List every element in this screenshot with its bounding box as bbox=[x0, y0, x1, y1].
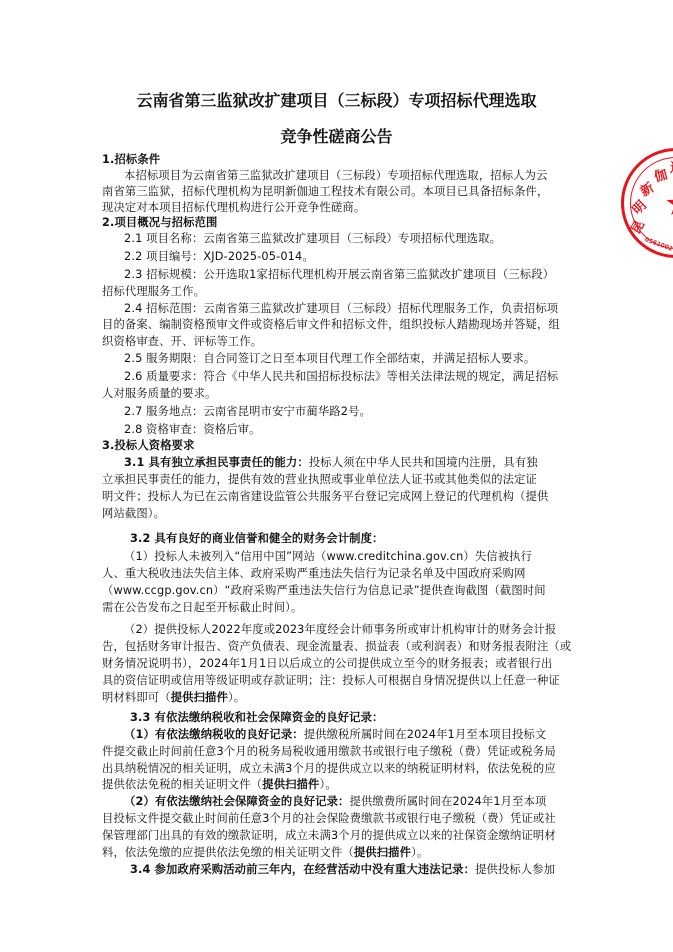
paragraph-line: 告，包括财务审计报告、资产负债表、现金流量表、损益表（或利润表）和财务报表附注（… bbox=[102, 638, 570, 655]
paragraph-line: 2.1 项目名称：云南省第三监狱改扩建项目（三标段）专项招标代理选取。 bbox=[102, 230, 570, 247]
paragraph-line: （1）投标人未被列入“信用中国”网站（www.creditchina.gov.c… bbox=[102, 548, 570, 565]
paragraph-line: 明文件；投标人为已在云南省建设监管公共服务平台登记完成网上登记的代理机构（提供 bbox=[102, 488, 570, 505]
paragraph-line: （2）有依法缴纳社会保障资金的良好记录：提供缴费所属时间在2024年1月至本项 bbox=[102, 793, 570, 810]
paragraph-line: 网站截图）。 bbox=[102, 505, 570, 522]
document-page: 云南省第三监狱改扩建项目（三标段）专项招标代理选取 竞争性磋商公告 1.招标条件… bbox=[0, 0, 673, 952]
paragraph-line: 保管理部门出具的有效的缴款证明，成立未满3个月的提供成立以来的社保资金缴纳证明材 bbox=[102, 827, 570, 844]
paragraph-line: 人对服务质量的要求。 bbox=[102, 385, 570, 402]
paragraph-line: 立承担民事责任的能力，提供有效的营业执照或事业单位法人证书或其他类似的法定证 bbox=[102, 471, 570, 488]
paragraph-line: 2.4 招标范围：云南省第三监狱改扩建项目（三标段）招标代理服务工作，负责招标项 bbox=[102, 300, 570, 317]
paragraph-line: 本招标项目为云南省第三监狱改扩建项目（三标段）专项招标代理选取，招标人为云 bbox=[102, 167, 570, 184]
paragraph-line: 目的备案、编制资格预审文件或资格后审文件和招标文件，组织投标人踏勘现场并答疑，组 bbox=[102, 316, 570, 333]
bold-lead: 3.1 具有独立承担民事责任的能力： bbox=[124, 456, 309, 469]
paragraph-line: 2.6 质量要求：符合《中华人民共和国招标投标法》等相关法律法规的规定，满足招标 bbox=[102, 368, 570, 385]
section-heading: 2.项目概况与招标范围 bbox=[102, 214, 570, 231]
paragraph-line: 人、重大税收违法失信主体、政府采购严重违法失信行为记录名单及中国政府采购网 bbox=[102, 565, 570, 582]
subsection-heading: 3.3 有依法缴纳税收和社会保障资金的良好记录： bbox=[102, 709, 570, 726]
paragraph-line: 件提交截止时间前任意3个月的税务局税收通用缴款书或银行电子缴税（费）凭证或税务局 bbox=[102, 743, 570, 760]
seal-star-icon: ★ bbox=[664, 187, 673, 221]
paragraph-line: 招标代理服务工作。 bbox=[102, 283, 570, 300]
paragraph-line: 需在公告发布之日起至开标截止时间）。 bbox=[102, 599, 570, 616]
paragraph-line: （www.ccgp.gov.cn）“政府采购严重违法失信行为信息记录”提供查询截… bbox=[102, 582, 570, 599]
paragraph-line: 料，依法免缴的应提供依法免缴的相关证明文件（提供扫描件）。 bbox=[102, 844, 570, 861]
paragraph-line: （2）提供投标人2022年度或2023年度经会计师事务所或审计机构审计的财务会计… bbox=[102, 621, 570, 638]
paragraph-line: 3.1 具有独立承担民事责任的能力：投标人须在中华人民共和国境内注册，具有独 bbox=[102, 454, 570, 471]
paragraph-line: 明材料即可（提供扫描件）。 bbox=[102, 689, 570, 706]
document-title-line1: 云南省第三监狱改扩建项目（三标段）专项招标代理选取 bbox=[0, 88, 673, 111]
section-heading: 3.投标人资格要求 bbox=[102, 437, 570, 454]
paragraph-line: 3.4 参加政府采购活动前三年内，在经营活动中没有重大违法记录：提供投标人参加 bbox=[102, 861, 570, 878]
paragraph-line: 出具纳税情况的相关证明，成立未满3个月的提供成立以来的纳税证明材料，依法免税的应 bbox=[102, 760, 570, 777]
paragraph-line: （1）有依法缴纳税收的良好记录：提供缴税所属时间在2024年1月至本项目投标文 bbox=[102, 726, 570, 743]
paragraph-line: 2.2 项目编号：XJD-2025-05-014。 bbox=[102, 248, 570, 265]
paragraph-line: 提供依法免税的相关证明文件（提供扫描件）。 bbox=[102, 776, 570, 793]
company-seal-stamp: ★ 昆 明 新 伽 迪 工 程 0561002 bbox=[621, 148, 673, 258]
paragraph-line: 目投标文件提交截止时间前任意3个月的社会保险费缴款书或银行电子缴税（费）凭证或社 bbox=[102, 810, 570, 827]
paragraph-line: 2.3 招标规模：公开选取1家招标代理机构开展云南省第三监狱改扩建项目（三标段） bbox=[102, 266, 570, 283]
subsection-heading: 3.2 具有良好的商业信誉和健全的财务会计制度： bbox=[102, 530, 570, 547]
paragraph-line: 2.7 服务地点：云南省昆明市安宁市蔺华路2号。 bbox=[102, 403, 570, 420]
paragraph-line: 具的资信证明或信用等级证明或存款证明；注：投标人可根据自身情况提供以上任意一种证 bbox=[102, 672, 570, 689]
paragraph-line: 2.5 服务期限：自合同签订之日至本项目代理工作全部结束，并满足招标人要求。 bbox=[102, 350, 570, 367]
document-title-line2: 竞争性磋商公告 bbox=[0, 124, 673, 147]
paragraph-line: 2.8 资格审查：资格后审。 bbox=[102, 421, 570, 438]
paragraph-line: 财务情况说明书），2024年1月1日以后成立的公司提供成立至今的财务报表；或者银… bbox=[102, 655, 570, 672]
paragraph-line: 织资格审查、开、评标等工作。 bbox=[102, 333, 570, 350]
section-heading: 1.招标条件 bbox=[102, 151, 570, 168]
paragraph-line: 南省第三监狱，招标代理机构为昆明新伽迪工程技术有限公司。本项目已具备招标条件， bbox=[102, 183, 570, 200]
